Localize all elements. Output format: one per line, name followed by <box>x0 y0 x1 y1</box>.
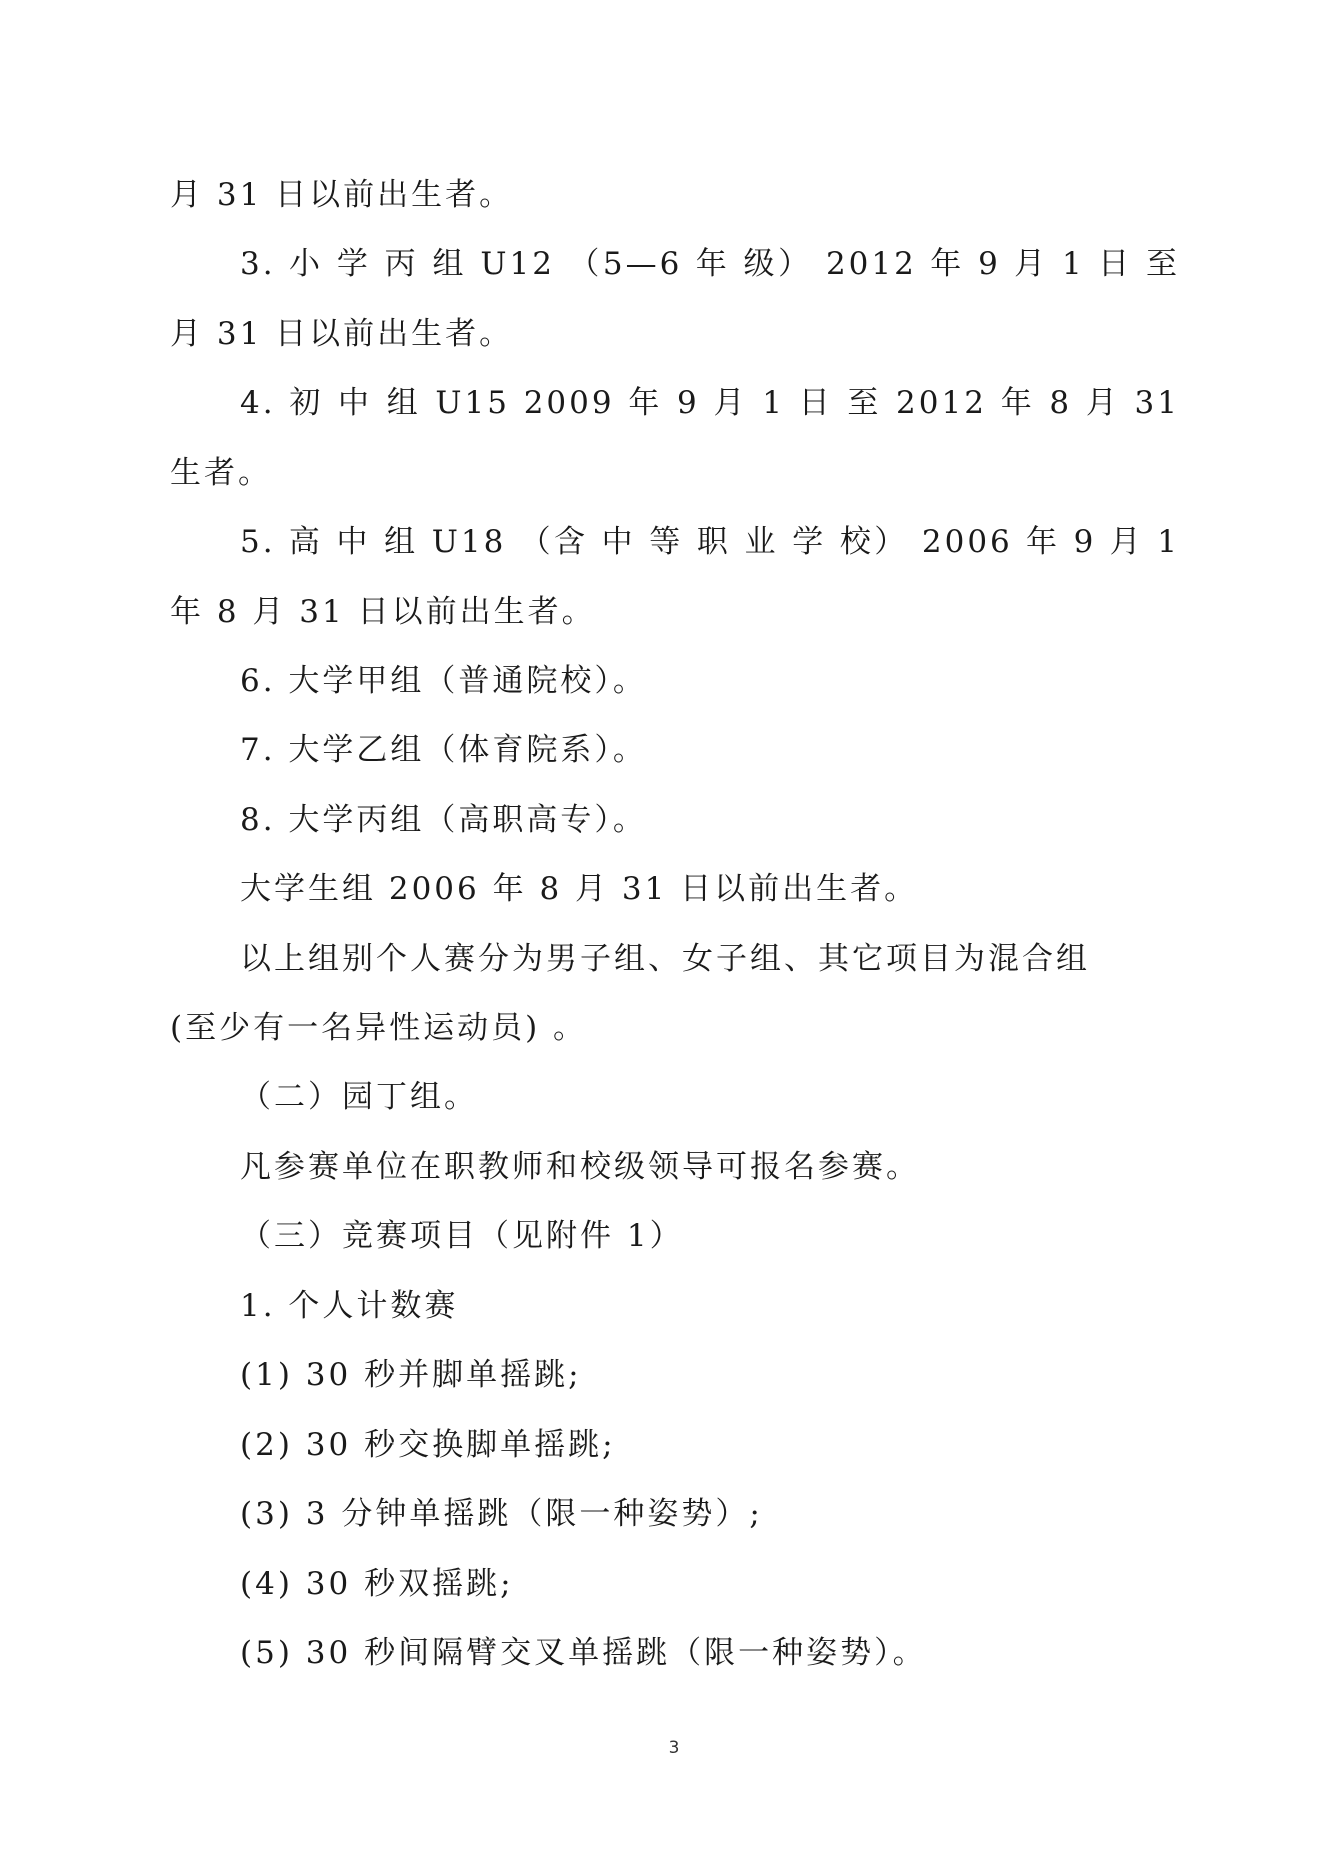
text-line-university-note: 大学生组 2006 年 8 月 31 日以前出生者。 <box>240 869 918 909</box>
document-page: 月 31 日以前出生者。 3. 小 学 丙 组 U12 （5—6 年 级） 20… <box>0 0 1322 1870</box>
text-line-continuation: 月 31 日以前出生者。 <box>170 175 513 215</box>
text-line-item-7: 7. 大学乙组（体育院系）。 <box>240 730 647 770</box>
section-heading-events: （三）竞赛项目（见附件 1） <box>240 1216 684 1256</box>
text-line-continuation: 年 8 月 31 日以前出生者。 <box>170 592 596 632</box>
text-line-item-8: 8. 大学丙组（高职高专）。 <box>240 800 647 840</box>
list-item-event-5: (5) 30 秒间隔臂交叉单摇跳（限一种姿势）。 <box>240 1633 927 1673</box>
text-line-group-note: 以上组别个人赛分为男子组、女子组、其它项目为混合组 <box>240 939 1090 979</box>
subheading-individual-count: 1. 个人计数赛 <box>240 1286 458 1326</box>
list-item-event-2: (2) 30 秒交换脚单摇跳; <box>240 1425 616 1465</box>
list-item-event-4: (4) 30 秒双摇跳; <box>240 1564 514 1604</box>
text-line-gardener-note: 凡参赛单位在职教师和校级领导可报名参赛。 <box>240 1147 920 1187</box>
text-line-continuation: 生者。 <box>170 453 272 493</box>
list-item-event-3: (3) 3 分钟单摇跳（限一种姿势）; <box>240 1494 763 1534</box>
text-line-item-4: 4. 初 中 组 U15 2009 年 9 月 1 日 至 2012 年 8 月… <box>240 383 1180 423</box>
text-line-continuation: (至少有一名异性运动员) 。 <box>170 1008 587 1048</box>
text-line-item-3: 3. 小 学 丙 组 U12 （5—6 年 级） 2012 年 9 月 1 日 … <box>240 244 1180 284</box>
text-line-item-5: 5. 高 中 组 U18 （含 中 等 职 业 学 校） 2006 年 9 月 … <box>240 522 1180 562</box>
text-line-continuation: 月 31 日以前出生者。 <box>170 314 513 354</box>
page-number: 3 <box>660 1738 688 1758</box>
text-line-item-6: 6. 大学甲组（普通院校）。 <box>240 661 647 701</box>
list-item-event-1: (1) 30 秒并脚单摇跳; <box>240 1355 582 1395</box>
section-heading-gardener-group: （二）园丁组。 <box>240 1077 478 1117</box>
